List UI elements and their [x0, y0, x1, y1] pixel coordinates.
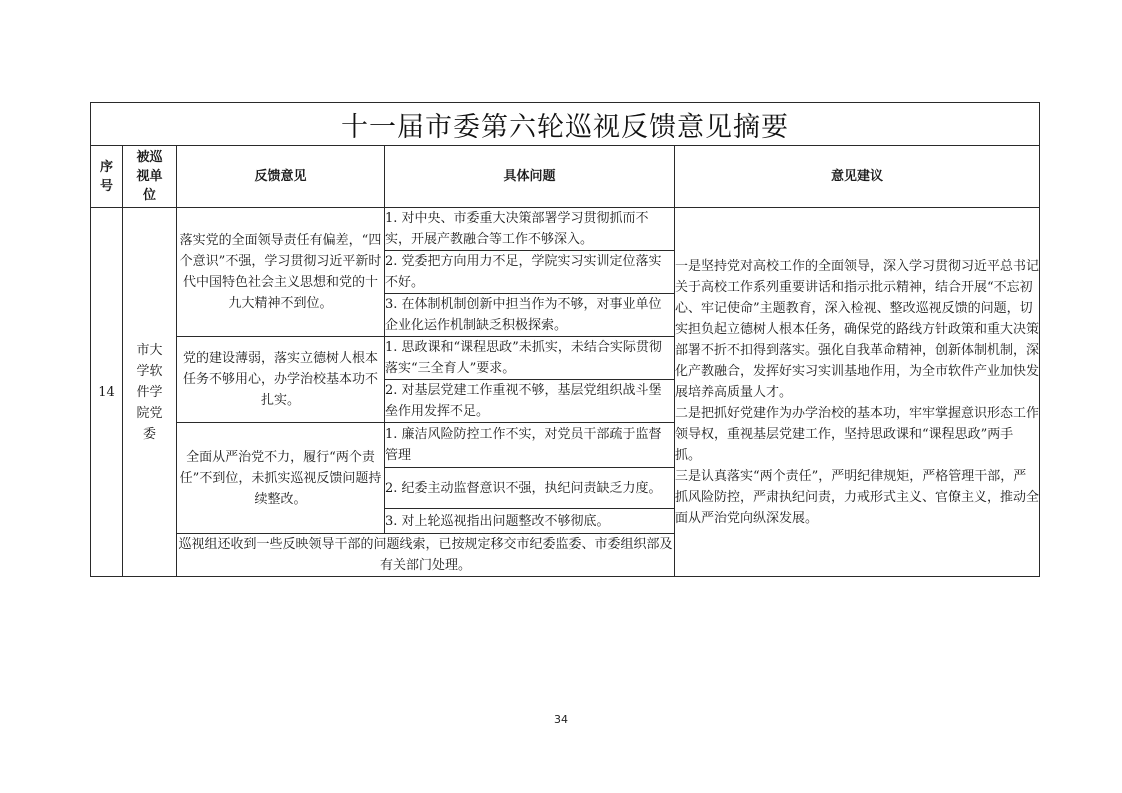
document-title: 十一届市委第六轮巡视反馈意见摘要 — [91, 103, 1040, 146]
seq-number: 14 — [91, 208, 123, 577]
header-seq-label: 序号 — [100, 158, 114, 196]
header-issues: 具体问题 — [385, 146, 675, 208]
clue-transfer-note: 巡视组还收到一些反映领导干部的问题线索，已按规定移交市纪委监委、市委组织部及有关… — [177, 534, 675, 577]
issue-item: 2. 对基层党建工作重视不够，基层党组织战斗堡垒作用发挥不足。 — [385, 380, 675, 423]
header-feedback: 反馈意见 — [177, 146, 385, 208]
header-seq: 序号 — [91, 146, 123, 208]
header-unit: 被巡视单位 — [123, 146, 177, 208]
advice-cell: 一是坚持党对高校工作的全面领导，深入学习贯彻习近平总书记关于高校工作系列重要讲话… — [675, 208, 1040, 577]
issue-item: 2. 纪委主动监督意识不强，执纪问责缺乏力度。 — [385, 468, 675, 509]
header-unit-label: 被巡视单位 — [136, 148, 164, 205]
inspection-feedback-table: 十一届市委第六轮巡视反馈意见摘要 序号 被巡视单位 反馈意见 具体问题 意见建议… — [90, 102, 1040, 577]
page-number: 34 — [0, 713, 1122, 726]
advice-paragraph: 三是认真落实“两个责任”，严明纪律规矩，严格管理干部，严抓风险防控，严肃执纪问责… — [675, 466, 1039, 529]
issue-item: 2. 党委把方向用力不足，学院实习实训定位落实不好。 — [385, 251, 675, 294]
feedback-item: 党的建设薄弱，落实立德树人根本任务不够用心，办学治校基本功不扎实。 — [177, 337, 385, 423]
issue-item: 1. 廉洁风险防控工作不实，对党员干部疏于监督管理 — [385, 423, 675, 468]
advice-paragraph: 一是坚持党对高校工作的全面领导，深入学习贯彻习近平总书记关于高校工作系列重要讲话… — [675, 256, 1039, 403]
feedback-item: 全面从严治党不力，履行“两个责任”不到位，未抓实巡视反馈问题持续整改。 — [177, 423, 385, 534]
header-advice: 意见建议 — [675, 146, 1040, 208]
feedback-item: 落实党的全面领导责任有偏差，“四个意识”不强，学习贯彻习近平新时代中国特色社会主… — [177, 208, 385, 337]
advice-paragraph: 二是把抓好党建作为办学治校的基本功，牢牢掌握意识形态工作领导权，重视基层党建工作… — [675, 403, 1039, 466]
issue-item: 1. 对中央、市委重大决策部署学习贯彻抓而不实，开展产教融合等工作不够深入。 — [385, 208, 675, 251]
inspected-unit-label: 市大学软件学院党委 — [136, 340, 164, 445]
inspected-unit: 市大学软件学院党委 — [123, 208, 177, 577]
issue-item: 3. 在体制机制创新中担当作为不够，对事业单位企业化运作机制缺乏积极探索。 — [385, 294, 675, 337]
issue-item: 1. 思政课和“课程思政”未抓实，未结合实际贯彻落实“三全育人”要求。 — [385, 337, 675, 380]
issue-item: 3. 对上轮巡视指出问题整改不够彻底。 — [385, 509, 675, 534]
